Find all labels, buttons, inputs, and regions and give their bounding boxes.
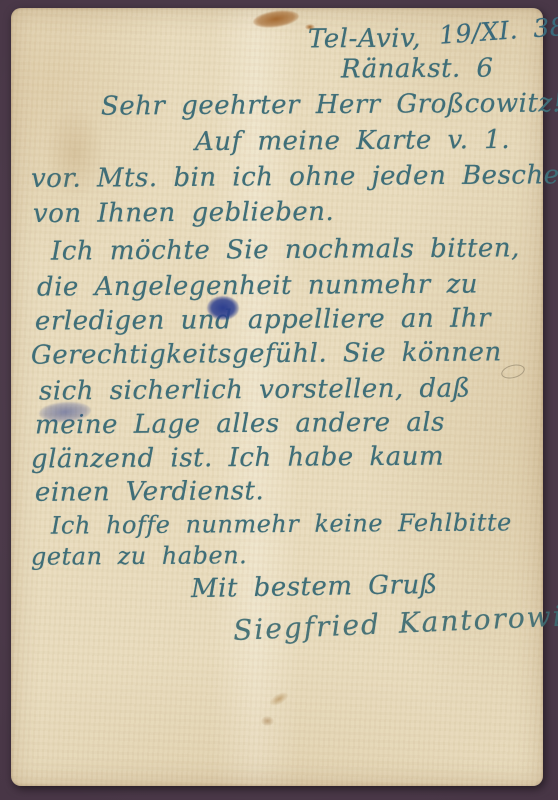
brown-stain-top: [252, 8, 300, 30]
line-body-7: sich sicherlich vorstellen, daß: [39, 373, 471, 406]
line-body-5: erledigen und appelliere an Ihr: [35, 303, 491, 336]
line-place: Tel-Aviv,: [308, 24, 421, 55]
line-body-0: Auf meine Karte v. 1.: [195, 125, 510, 157]
line-body-6: Gerechtigkeitsgefühl. Sie können: [31, 337, 502, 370]
line-closing: Mit bestem Gruß: [191, 570, 438, 604]
line-date: 19/XI. 38.: [438, 11, 558, 49]
postcard: Tel-Aviv, 19/XI. 38. Ränakst. 6 Sehr gee…: [11, 8, 543, 786]
postcard-scan: Tel-Aviv, 19/XI. 38. Ränakst. 6 Sehr gee…: [0, 0, 558, 800]
line-body-11: Ich hoffe nunmehr keine Fehlbitte: [51, 508, 512, 539]
line-body-9: glänzend ist. Ich habe kaum: [31, 442, 444, 475]
line-body-2: von Ihnen geblieben.: [33, 197, 334, 229]
line-body-1: vor. Mts. bin ich ohne jeden Bescheid: [31, 160, 558, 194]
line-body-3: Ich möchte Sie nochmals bitten,: [51, 233, 520, 266]
stain-bottom-1: [268, 690, 290, 709]
line-body-4: die Angelegenheit nunmehr zu: [37, 269, 478, 302]
line-body-8: meine Lage alles andere als: [35, 408, 445, 441]
line-greeting: Sehr geehrter Herr Großcowitz!: [101, 88, 558, 121]
stain-bottom-2: [261, 716, 274, 726]
signature: Siegfried Kantorowicz: [232, 598, 558, 647]
line-body-12: getan zu haben.: [31, 541, 247, 571]
line-address: Ränakst. 6: [341, 53, 494, 84]
pencil-oval-mark: [500, 362, 527, 381]
line-body-10: einen Verdienst.: [35, 476, 264, 508]
